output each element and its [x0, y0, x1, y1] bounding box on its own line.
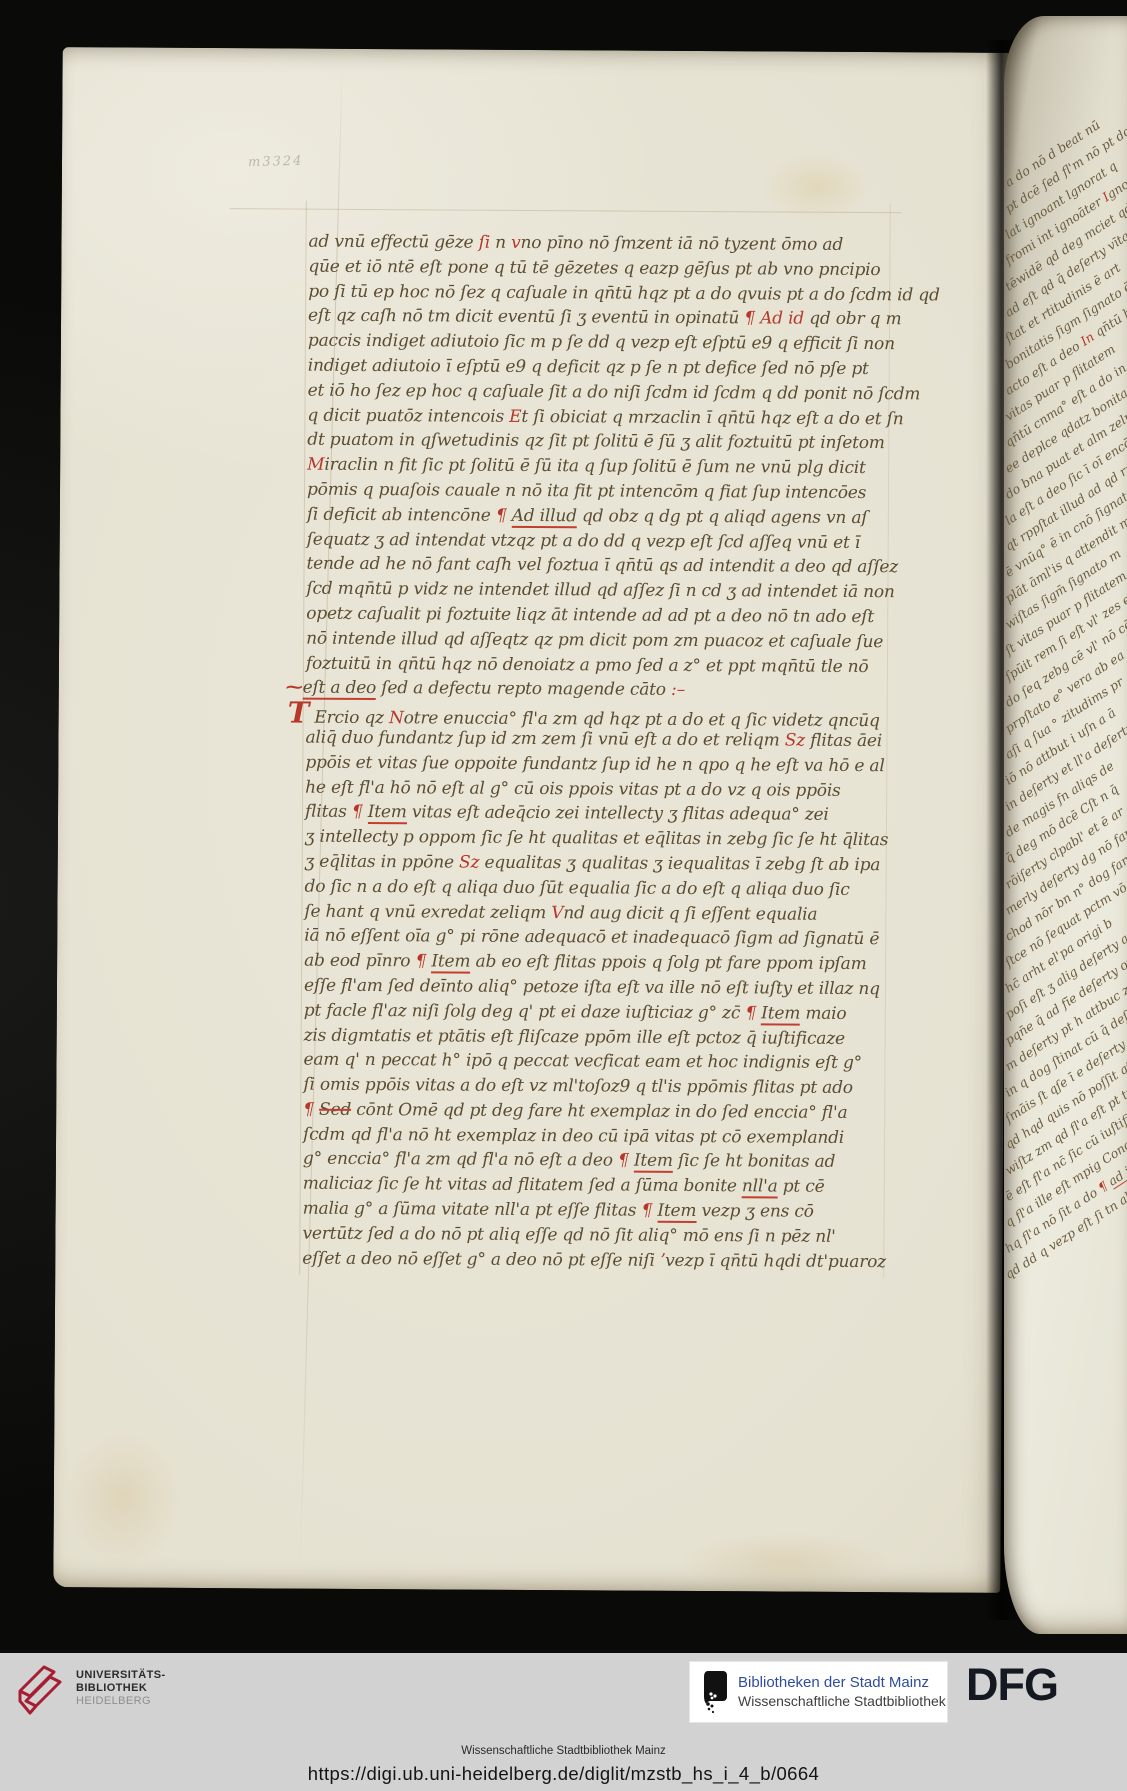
manuscript-line: ⁓eſt a deo ſed a defectu repto magende c… [306, 676, 906, 704]
text-segment: ppōis et vitas ſue oppoite fundantz ſup … [305, 752, 884, 776]
manuscript-line: ¶ Sed cōnt Omē qd pt deg fare ht exempla… [303, 1098, 903, 1126]
manuscript-line: tende ad he nō fant caſh vel foztua ī qn… [306, 552, 906, 580]
mainz-library-logo: Bibliotheken der Stadt Mainz Wissenschaf… [690, 1662, 947, 1722]
text-segment: ſe hant q vnū exredat zeliqm [304, 901, 551, 923]
manuscript-line: zis digmtatis et ptātis eſt fliſcaze ppō… [304, 1023, 904, 1051]
text-segment: ſed a defectu repto magende cāto [376, 678, 671, 700]
text-segment: nd aug dicit q ſi eſſent equalia [563, 903, 817, 925]
manuscript-line: ſequatz ʒ ad intendat vtzqz pt a do dd q… [307, 527, 907, 555]
text-segment: ſic ſe ht bonitas ad [673, 1151, 836, 1172]
text-segment: flitas āei [805, 731, 882, 751]
text-segment: tende ad he nō fant caſh vel foztua ī qn… [306, 554, 898, 578]
manuscript-line: pōmis q puaſois cauale n nō ita fit pt i… [307, 478, 907, 506]
text-segment: eſt a deo [303, 678, 377, 700]
text-segment: indiget adiutoio ī eſptū e9 q deficit qz… [308, 356, 869, 379]
text-segment: pōmis q puaſois cauale n nō ita fit pt i… [307, 480, 866, 503]
text-segment: paccis indiget adiutoio ſic m p ſe dd q … [308, 331, 895, 355]
text-segment: Item [368, 802, 407, 824]
manuscript-line: nō intende illud qd aſſeqtz qz pm dicit … [306, 626, 906, 654]
facing-page-edge: a do nō d beat nūpt dcē ſed fl'm nō pt d… [1004, 16, 1127, 1634]
text-segment: ad vnū effectū gēze [308, 232, 478, 253]
manuscript-line: paccis indiget adiutoio ſic m p ſe dd q … [308, 329, 908, 357]
text-segment: ¶ [618, 1151, 634, 1171]
manuscript-line: iā nō eſſent oīa g° pi rōne adequacō et … [304, 924, 904, 952]
text-segment: foztuitū in qn̄tū hqz nō denoiatz a pmo … [306, 653, 869, 676]
text-segment: Sz [785, 730, 805, 750]
text-segment: opetz caſualit pi foztuite liqz āt inten… [306, 604, 874, 627]
text-segment: ſi [479, 233, 490, 253]
text-segment: do ſic n a do eſt q aliqa duo ſūt equali… [305, 876, 850, 899]
mainz-logo-line2: Wissenschaftliche Stadtbibliothek [738, 1692, 946, 1710]
mainz-logo-text: Bibliotheken der Stadt Mainz Wissenschaf… [738, 1674, 946, 1710]
manuscript-line: ad vnū effectū gēze ſi n vno pīno nō ſmz… [308, 230, 908, 258]
manuscript-line: he eſt fl'a hō nō eſt al g° cū ois ppois… [305, 775, 905, 803]
manuscript-line: opetz caſualit pi foztuite liqz āt inten… [306, 602, 906, 630]
text-segment: cōnt Omē qd pt deg fare ht exemplaz in d… [351, 1100, 848, 1123]
text-segment: no pīno nō ſmzent iā nō tyzent ōmo ad [520, 233, 843, 255]
text-segment: nll'a [742, 1177, 778, 1199]
manuscript-line: vertūtz ſed a do nō pt aliq eſſe qd nō ſ… [302, 1221, 902, 1249]
manuscript-line: eam q' n peccat h° ipō q peccat vecficat… [303, 1048, 903, 1076]
text-segment: ſi deficit ab intencōne [307, 504, 496, 525]
manuscript-line: eſſe fl'am ſed deīnto aliq° petoze iſta … [304, 974, 904, 1002]
text-segment: q dicit puatōz intencois [307, 405, 509, 426]
text-segment: Item [634, 1151, 673, 1173]
text-segment: ſi omis ppōis vitas a do eſt vz ml'toſoz… [303, 1075, 853, 1098]
text-segment: po ſi tū ep hoc nō ſez q caſuale in qn̄t… [308, 281, 940, 305]
text-segment: Ad illud [512, 506, 577, 528]
text-segment: ¶ [745, 1003, 761, 1023]
text-segment: ¶ [496, 506, 512, 526]
text-segment: ʒ intellecty p oppom ſic ſe ht qualitas … [305, 827, 888, 851]
text-segment: dt puatom in qſwetudinis qz ſit pt ſolit… [307, 430, 885, 454]
manuscript-line: eſſet a deo nō eſſet g° a deo nō pt eſſe… [302, 1246, 902, 1274]
manuscript-line: ſi omis ppōis vitas a do eſt vz ml'toſoz… [303, 1073, 903, 1101]
manuscript-line: ʒ eq̄litas in ppōne Sz equalitas ʒ quali… [305, 850, 905, 878]
text-segment: ¶ [352, 802, 368, 822]
footer-source-url: https://digi.ub.uni-heidelberg.de/diglit… [0, 1763, 1127, 1785]
text-segment: n [490, 233, 511, 253]
dfg-logo: DFG [966, 1659, 1058, 1711]
text-segment: g° enccia° fl'a zm qd fl'a nō eſt a deo [303, 1149, 618, 1171]
manuscript-line: ſe hant q vnū exredat zeliqm Vnd aug dic… [304, 899, 904, 927]
text-segment: equalitas ʒ qualitas ʒ iequalitas ī zebg… [479, 853, 880, 875]
manuscript-line: maliciaz ſic ſe ht vitas ad flitatem ſed… [303, 1172, 903, 1200]
text-segment: ¶ [303, 1100, 319, 1120]
text-segment: pt facle fl'az niſi ſolg deg q' pt ei da… [304, 1000, 746, 1023]
text-segment: vertūtz ſed a do nō pt aliq eſſe qd nō ſ… [302, 1223, 835, 1246]
text-segment: nō intende illud qd aſſeqtz qz pm dicit … [306, 628, 883, 652]
text-segment: qd obr q m [804, 309, 902, 330]
manuscript-line: malia g° a ſūma vitate nll'a pt eſſe fli… [303, 1197, 903, 1225]
text-segment: he eſt fl'a hō nō eſt al g° cū ois ppois… [305, 777, 841, 800]
text-segment: ſcd mqn̄tū p vidz ne intendet illud qd a… [306, 579, 894, 603]
text-segment: iā nō eſſent oīa g° pi rōne adequacō et … [304, 926, 879, 950]
page-stain [673, 1531, 893, 1592]
text-segment: eſſe fl'am ſed deīnto aliq° petoze iſta … [304, 976, 880, 1000]
manuscript-line: ppōis et vitas ſue oppoite fundantz ſup … [305, 750, 905, 778]
manuscript-line: pt facle fl'az niſi ſolg deg q' pt ei da… [304, 998, 904, 1026]
ub-logo-line1: UNIVERSITÄTS- [76, 1669, 166, 1682]
manuscript-line: g° enccia° fl'a zm qd fl'a nō eſt a deo … [303, 1147, 903, 1175]
text-segment: malia g° a ſūma vitate nll'a pt eſſe fli… [303, 1199, 642, 1221]
text-segment: eſſet a deo nō eſſet g° a deo nō pt eſſe… [302, 1248, 660, 1270]
text-segment: v [511, 233, 521, 253]
ub-heidelberg-books-icon [14, 1661, 66, 1719]
footer-band: UNIVERSITÄTS- BIBLIOTHEK HEIDELBERG Bibl… [0, 1653, 1127, 1791]
text-segment: Sz [459, 852, 479, 872]
text-segment: ſequatz ʒ ad intendat vtzqz pt a do dd q… [307, 529, 861, 552]
manuscript-line: eſt qz caſh nō tm dicit eventū ſi ʒ even… [308, 304, 908, 332]
ub-logo-line2: BIBLIOTHEK [76, 1682, 166, 1695]
text-segment: qūe et iō ntē eſt pone q tū tē gēzetes q… [308, 256, 880, 279]
text-segment: ¶ [641, 1201, 657, 1221]
text-segment: E [509, 406, 521, 426]
manuscript-line: ʒ intellecty p oppom ſic ſe ht qualitas … [305, 825, 905, 853]
text-segment: :– [671, 680, 685, 700]
text-segment: vezp ī qn̄tū hqdi dt'puaroz [665, 1250, 886, 1271]
manuscript-line: q dicit puatōz intencois Et ſi obiciat q… [307, 403, 907, 431]
photo-background: m3324 ad vnū effectū gēze ſi n vno pīno … [0, 0, 1127, 1791]
text-segment: qd obz q dg pt q aliqd agens vn aſ [577, 506, 868, 528]
text-segment: ab eo eſt flitas ppois q ſolg pt fare pp… [470, 952, 866, 974]
text-segment: Item [761, 1003, 800, 1025]
text-segment: vitas eſt adeq̄cio zei intellecty ʒ flit… [407, 803, 829, 826]
manuscript-line: et iō ho ſez ep hoc q caſuale ſit a do n… [308, 378, 908, 406]
manuscript-line: po ſi tū ep hoc nō ſez q caſuale in qn̄t… [308, 279, 908, 307]
text-segment: eſt qz caſh nō tm dicit eventū ſi ʒ even… [308, 306, 744, 329]
manuscript-line: do ſic n a do eſt q aliqa duo ſūt equali… [305, 874, 905, 902]
ub-heidelberg-logo: UNIVERSITÄTS- BIBLIOTHEK HEIDELBERG [14, 1661, 166, 1719]
footer-caption: Wissenschaftliche Stadtbibliothek Mainz [0, 1745, 1127, 1757]
manuscript-line: Miraclin n fit ſic pt ſolitū ē ſū ita q … [307, 453, 907, 481]
text-segment: maliciaz ſic ſe ht vitas ad flitatem ſed… [303, 1174, 742, 1197]
text-segment: vezp ʒ ens cō [696, 1201, 814, 1222]
text-segment: maio [800, 1003, 846, 1023]
manuscript-line: ſcd mqn̄tū p vidz ne intendet illud qd a… [306, 577, 906, 605]
text-segment: iraclin n fit ſic pt ſolitū ē ſū ita q ſ… [324, 455, 865, 478]
manuscript-line: T Ercio qz Notre enuccia° fl'a zm qd hqz… [306, 701, 906, 729]
mainz-book-icon [700, 1669, 730, 1715]
page-stain [63, 1427, 184, 1568]
manuscript-text-block: ad vnū effectū gēze ſi n vno pīno nō ſmz… [302, 230, 908, 1275]
text-segment: et iō ho ſez ep hoc q caſuale ſit a do n… [308, 380, 921, 404]
text-segment: M [307, 455, 324, 475]
manuscript-line: foztuitū in qn̄tū hqz nō denoiatz a pmo … [306, 651, 906, 679]
ub-logo-line3: HEIDELBERG [76, 1695, 166, 1708]
text-segment: Item [657, 1201, 696, 1223]
ruling-line-top [230, 208, 902, 213]
text-segment: ¶ Ad id [744, 309, 804, 329]
manuscript-page: m3324 ad vnū effectū gēze ſi n vno pīno … [53, 47, 1009, 1593]
text-segment: V [551, 903, 563, 923]
manuscript-line: ſcdm qd fl'a nō ht exemplaz in deo cū ip… [303, 1122, 903, 1150]
manuscript-line: dt puatom in qſwetudinis qz ſit pt ſolit… [307, 428, 907, 456]
text-segment: ſcdm qd fl'a nō ht exemplaz in deo cū ip… [303, 1124, 844, 1147]
mainz-logo-line1: Bibliotheken der Stadt Mainz [738, 1674, 946, 1692]
manuscript-line: ab eod pīnro ¶ Item ab eo eſt flitas ppo… [304, 949, 904, 977]
text-segment: eam q' n peccat h° ipō q peccat vecficat… [303, 1050, 862, 1073]
text-segment: aliq̄ duo fundantz ſup id zm zem ſi vnū … [305, 728, 784, 751]
pencil-mark: m3324 [248, 154, 304, 171]
text-segment: Item [431, 952, 470, 974]
ub-heidelberg-logo-text: UNIVERSITÄTS- BIBLIOTHEK HEIDELBERG [76, 1669, 166, 1708]
text-segment: Sed [319, 1100, 351, 1120]
manuscript-line: flitas ¶ Item vitas eſt adeq̄cio zei int… [305, 800, 905, 828]
text-segment: ʒ eq̄litas in ppōne [305, 852, 459, 873]
manuscript-line: aliq̄ duo fundantz ſup id zm zem ſi vnū … [305, 726, 905, 754]
manuscript-line: indiget adiutoio ī eſptū e9 q deficit qz… [308, 354, 908, 382]
manuscript-line: ſi deficit ab intencōne ¶ Ad illud qd ob… [307, 502, 907, 530]
text-segment: zis digmtatis et ptātis eſt fliſcaze ppō… [304, 1025, 845, 1048]
text-segment: ab eod pīnro [304, 951, 416, 972]
manuscript-line: qūe et iō ntē eſt pone q tū tē gēzetes q… [308, 254, 908, 282]
text-segment: flitas [305, 802, 352, 822]
text-segment: t ſi obiciat q mrzaclin ī qn̄tū hqz eſt … [521, 407, 903, 429]
text-segment: ¶ [416, 951, 432, 971]
text-segment: pt cē [778, 1177, 825, 1197]
